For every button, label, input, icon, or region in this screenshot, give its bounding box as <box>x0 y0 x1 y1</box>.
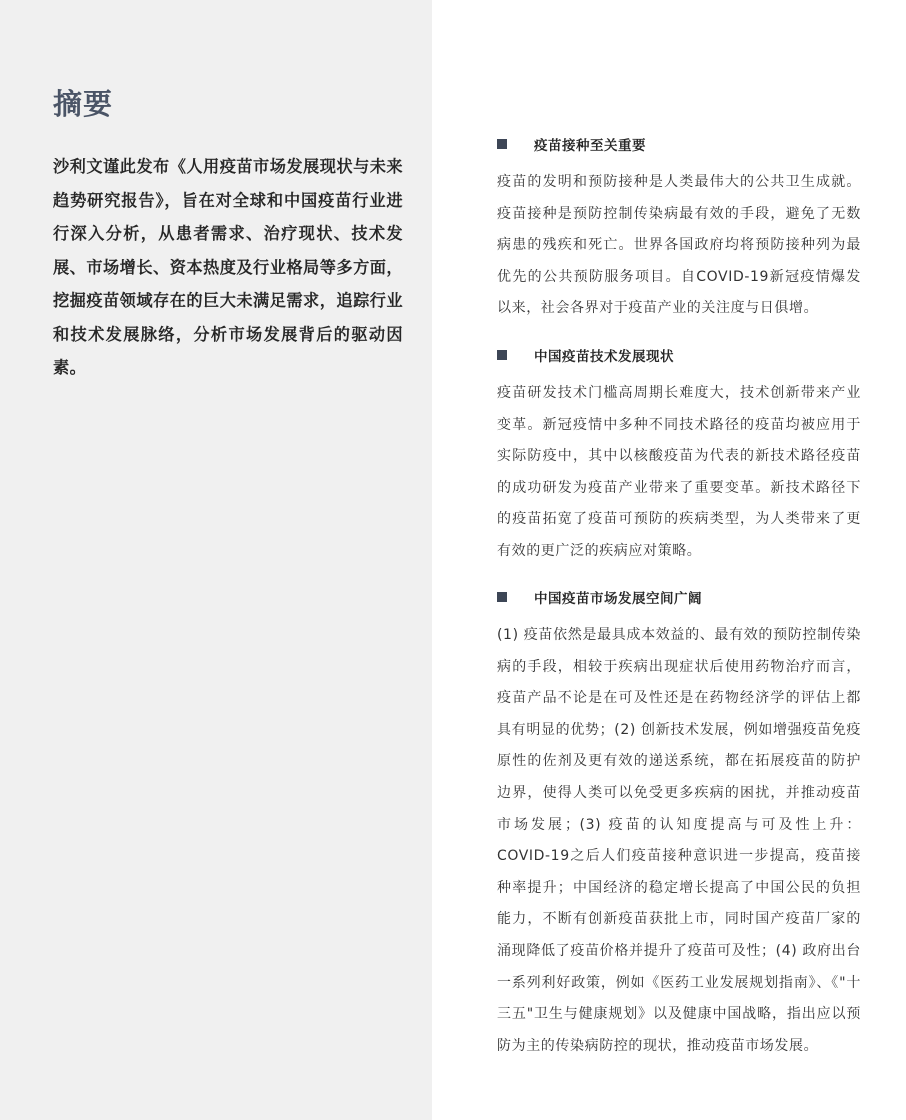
section-header: 疫苗接种至关重要 <box>497 133 861 155</box>
page-title: 摘要 <box>53 82 113 123</box>
section-header: 中国疫苗市场发展空间广阔 <box>497 586 861 608</box>
square-bullet-icon <box>497 139 507 149</box>
section-body: 疫苗研发技术门槛高周期长难度大，技术创新带来产业变革。新冠疫情中多种不同技术路径… <box>497 378 861 568</box>
section-vaccination-importance: 疫苗接种至关重要 疫苗的发明和预防接种是人类最伟大的公共卫生成就。疫苗接种是预防… <box>497 133 861 325</box>
section-body: 疫苗的发明和预防接种是人类最伟大的公共卫生成就。疫苗接种是预防控制传染病最有效的… <box>497 167 861 325</box>
section-title: 中国疫苗市场发展空间广阔 <box>534 587 702 607</box>
summary-paragraph: 沙利文谨此发布《人用疫苗市场发展现状与未来趋势研究报告》，旨在对全球和中国疫苗行… <box>53 150 403 385</box>
square-bullet-icon <box>497 592 507 602</box>
left-panel: 摘要 沙利文谨此发布《人用疫苗市场发展现状与未来趋势研究报告》，旨在对全球和中国… <box>0 0 432 1120</box>
section-market-space: 中国疫苗市场发展空间广阔 (1) 疫苗依然是最具成本效益的、最有效的预防控制传染… <box>497 586 861 1062</box>
section-title: 疫苗接种至关重要 <box>534 134 646 154</box>
square-bullet-icon <box>497 350 507 360</box>
section-tech-status: 中国疫苗技术发展现状 疫苗研发技术门槛高周期长难度大，技术创新带来产业变革。新冠… <box>497 344 861 568</box>
section-title: 中国疫苗技术发展现状 <box>534 345 674 365</box>
section-header: 中国疫苗技术发展现状 <box>497 344 861 366</box>
section-body: (1) 疫苗依然是最具成本效益的、最有效的预防控制传染病的手段，相较于疾病出现症… <box>497 620 861 1062</box>
